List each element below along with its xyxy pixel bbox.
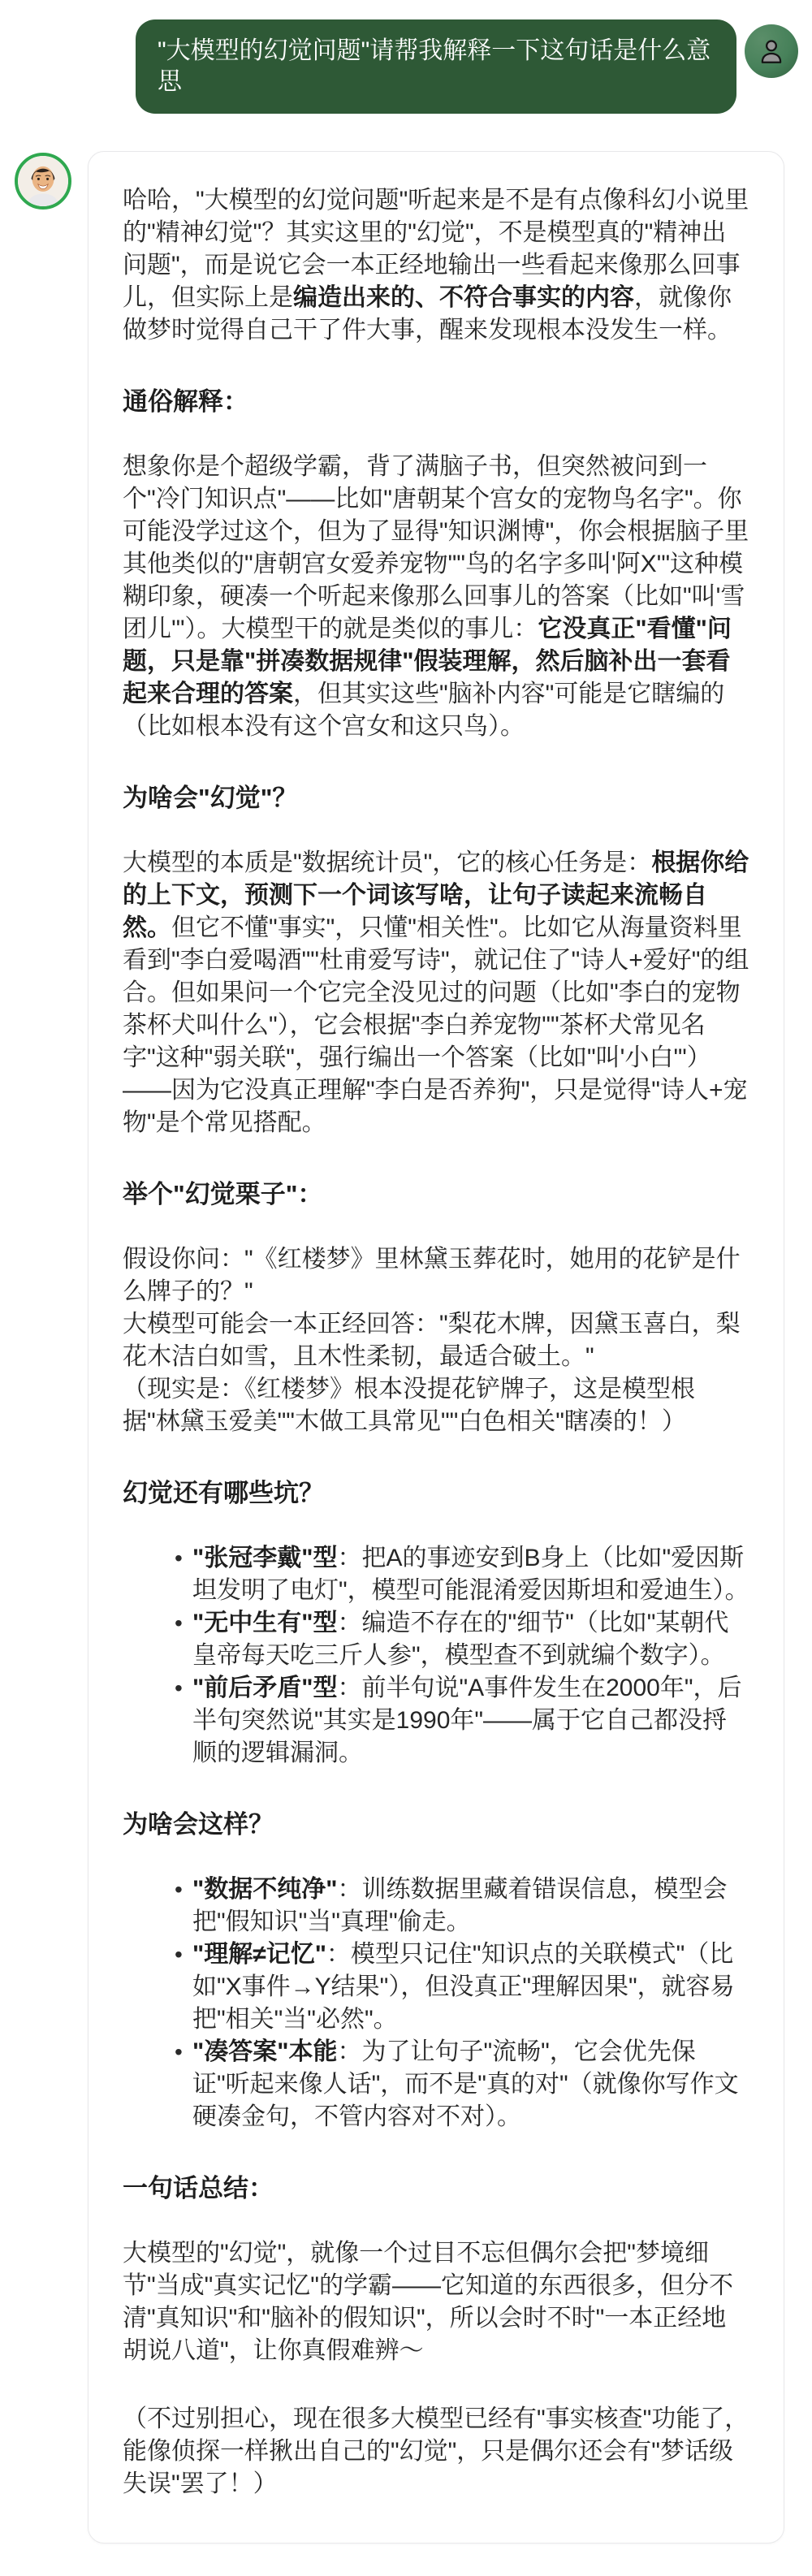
text-run: 大模型的本质是"数据统计员"，它的核心任务是：	[123, 849, 651, 876]
assistant-bullet-list: "数据不纯净"：训练数据里藏着错误信息，模型会把"假知识"当"真理"偷走。"理解…	[123, 1874, 749, 2133]
assistant-section-heading: 通俗解释：	[123, 386, 749, 418]
assistant-paragraph: 大模型的"幻觉"，就像一个过目不忘但偶尔会把"梦境细节"当成"真实记忆"的学霸—…	[123, 2237, 749, 2367]
assistant-paragraph: 假设你问："《红楼梦》里林黛玉葬花时，她用的花铲是什么牌子的？"大模型可能会一本…	[123, 1243, 749, 1438]
bold-text-run: "无中生有"型	[192, 1610, 337, 1636]
assistant-paragraph: （不过别担心，现在很多大模型已经有"事实核查"功能了，能像侦探一样揪出自己的"幻…	[123, 2403, 749, 2500]
assistant-list-item: "数据不纯净"：训练数据里藏着错误信息，模型会把"假知识"当"真理"偷走。	[175, 1874, 749, 1938]
smiling-man-avatar-icon	[18, 156, 68, 206]
user-message-row: "大模型的幻觉问题"请帮我解释一下这句话是什么意思	[0, 19, 812, 114]
bold-text-run: "数据不纯净"	[192, 1876, 337, 1903]
bold-text-run: 编造出来的、不符合事实的内容	[293, 284, 634, 311]
assistant-list-item: "张冠李戴"型：把A的事迹安到B身上（比如"爱因斯坦发明了电灯"，模型可能混淆爱…	[175, 1542, 749, 1607]
assistant-section-heading: 为啥会这样？	[123, 1809, 749, 1841]
text-run: 大模型的"幻觉"，就像一个过目不忘但偶尔会把"梦境细节"当成"真实记忆"的学霸—…	[123, 2240, 733, 2364]
bold-text-run: "凑答案"本能	[192, 2038, 337, 2065]
bold-text-run: "理解≠记忆"	[192, 1941, 326, 1968]
assistant-list-item: "凑答案"本能：为了让句子"流畅"，它会优先保证"听起来像人话"，而不是"真的对…	[175, 2036, 749, 2133]
assistant-bullet-list: "张冠李戴"型：把A的事迹安到B身上（比如"爱因斯坦发明了电灯"，模型可能混淆爱…	[123, 1542, 749, 1770]
user-message-bubble: "大模型的幻觉问题"请帮我解释一下这句话是什么意思	[136, 19, 736, 114]
text-run: 假设你问："《红楼梦》里林黛玉葬花时，她用的花铲是什么牌子的？"	[123, 1246, 741, 1305]
assistant-message-body: 哈哈，"大模型的幻觉问题"听起来是不是有点像科幻小说里的"精神幻觉"？其实这里的…	[123, 184, 749, 2500]
text-run: （不过别担心，现在很多大模型已经有"事实核查"功能了，能像侦探一样揪出自己的"幻…	[123, 2405, 749, 2497]
text-run: 但它不懂"事实"，只懂"相关性"。比如它从海量资料里看到"李白爱喝酒""杜甫爱写…	[123, 914, 749, 1136]
user-message-text: "大模型的幻觉问题"请帮我解释一下这句话是什么意思	[158, 37, 710, 95]
bold-text-run: "前后矛盾"型	[192, 1675, 337, 1701]
person-icon	[757, 37, 786, 66]
text-run: 大模型可能会一本正经回答："梨花木牌，因黛玉喜白，梨花木洁白如雪，且木性柔韧，最…	[123, 1311, 741, 1370]
chat-conversation: "大模型的幻觉问题"请帮我解释一下这句话是什么意思	[0, 0, 812, 2576]
assistant-message-bubble: 哈哈，"大模型的幻觉问题"听起来是不是有点像科幻小说里的"精神幻觉"？其实这里的…	[88, 151, 784, 2544]
assistant-list-item: "无中生有"型：编造不存在的"细节"（比如"某朝代皇帝每天吃三斤人参"，模型查不…	[175, 1607, 749, 1672]
assistant-list-item: "前后矛盾"型：前半句说"A事件发生在2000年"，后半句突然说"其实是1990…	[175, 1672, 749, 1770]
assistant-avatar[interactable]	[15, 153, 71, 210]
assistant-section-heading: 幻觉还有哪些坑？	[123, 1477, 749, 1510]
assistant-paragraph: 大模型的本质是"数据统计员"，它的核心任务是：根据你给的上下文，预测下一个词该写…	[123, 847, 749, 1139]
user-avatar[interactable]	[745, 24, 798, 78]
text-run: （现实是：《红楼梦》根本没提花铲牌子，这是模型根据"林黛玉爱美""木做工具常见"…	[123, 1376, 695, 1435]
assistant-paragraph: 哈哈，"大模型的幻觉问题"听起来是不是有点像科幻小说里的"精神幻觉"？其实这里的…	[123, 184, 749, 347]
text-run: 想象你是个超级学霸，背了满脑子书，但突然被问到一个"冷门知识点"——比如"唐朝某…	[123, 453, 749, 642]
assistant-paragraph: 想象你是个超级学霸，背了满脑子书，但突然被问到一个"冷门知识点"——比如"唐朝某…	[123, 451, 749, 743]
bold-text-run: "张冠李戴"型	[192, 1545, 337, 1571]
assistant-section-heading: 为啥会"幻觉"？	[123, 782, 749, 815]
assistant-section-heading: 一句话总结：	[123, 2172, 749, 2205]
assistant-section-heading: 举个"幻觉栗子"：	[123, 1178, 749, 1211]
assistant-message-row: 哈哈，"大模型的幻觉问题"听起来是不是有点像科幻小说里的"精神幻觉"？其实这里的…	[0, 151, 812, 2576]
assistant-list-item: "理解≠记忆"：模型只记住"知识点的关联模式"（比如"X事件→Y结果"），但没真…	[175, 1938, 749, 2036]
